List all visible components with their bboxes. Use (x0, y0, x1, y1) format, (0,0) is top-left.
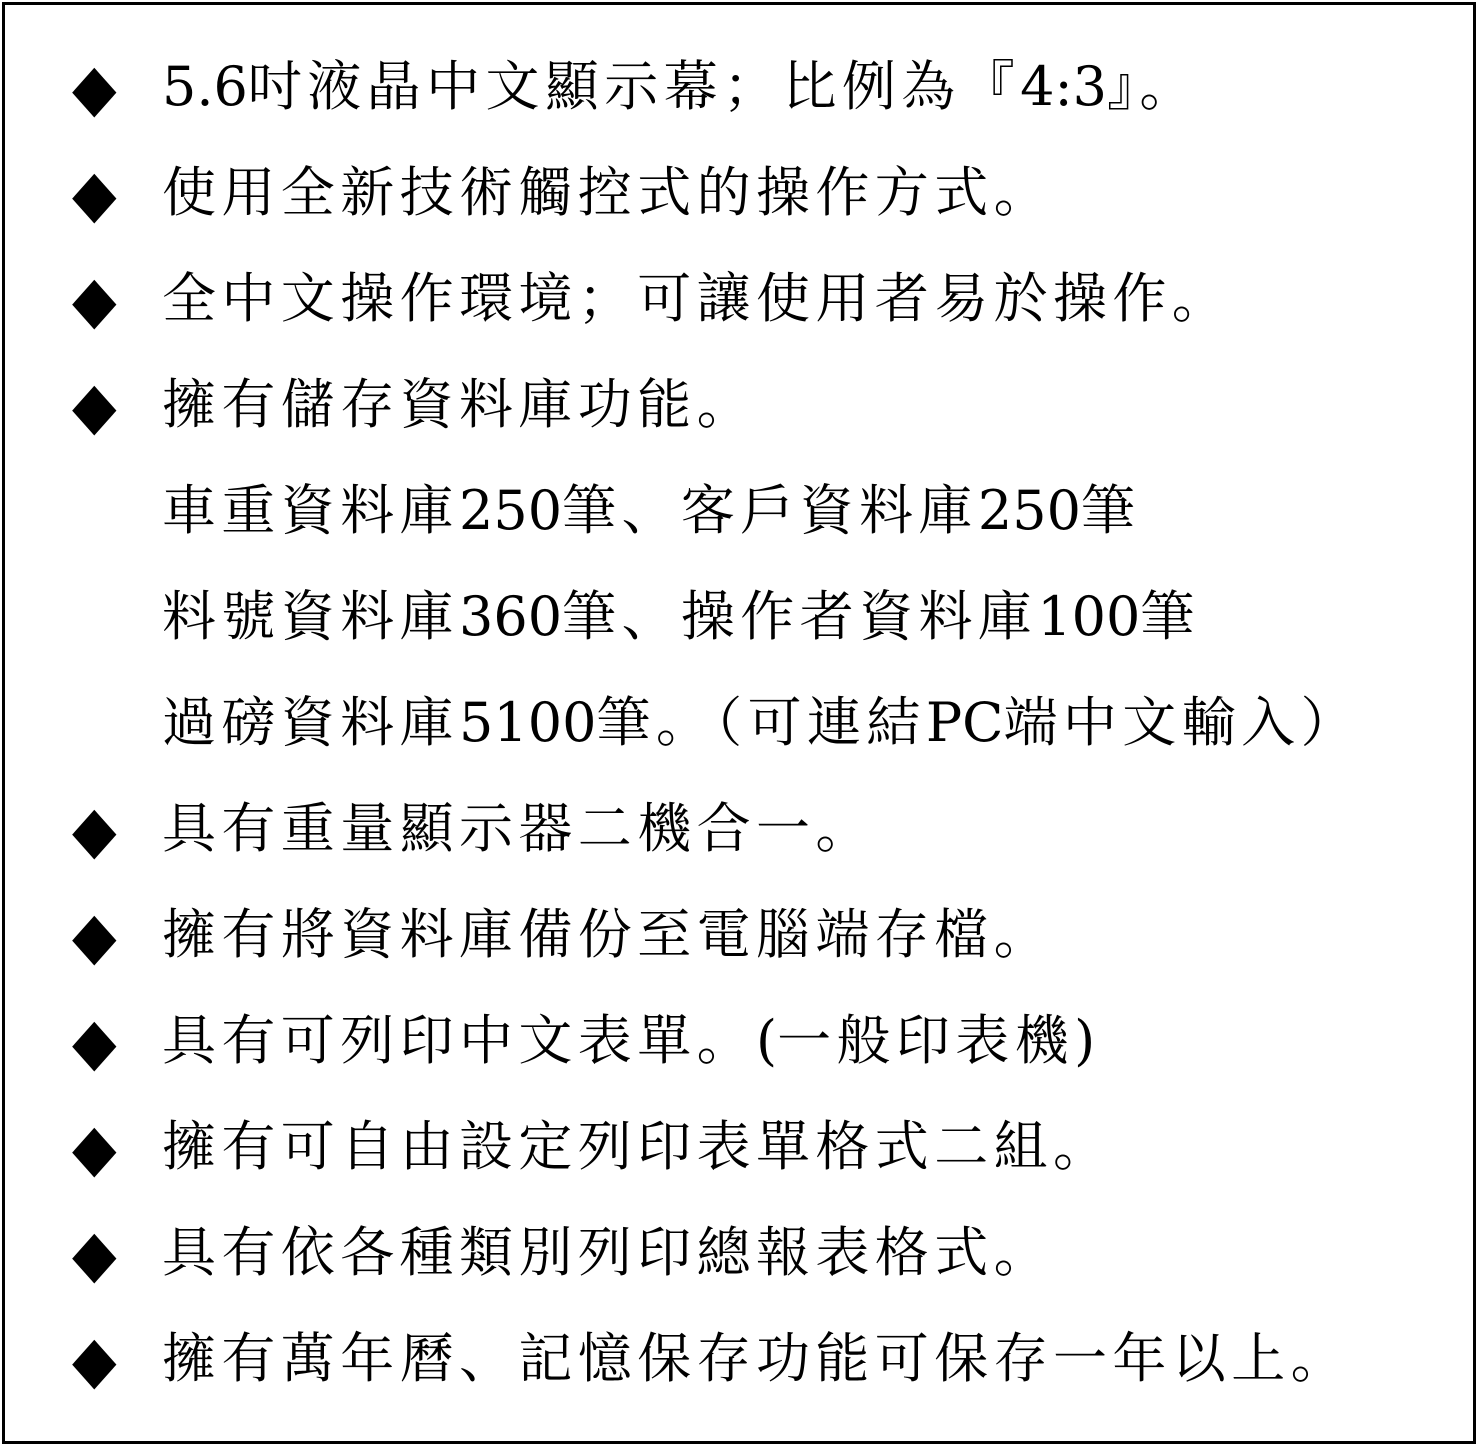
feature-item: ◆具有重量顯示器二機合一。 (72, 776, 1449, 882)
feature-item: 過磅資料庫5100筆。（可連結PC端中文輸入） (72, 670, 1449, 776)
latin-run: 5.6 (162, 55, 248, 118)
diamond-bullet-icon: ◆ (72, 164, 162, 222)
feature-text: 具有依各種類別列印總報表格式。 (162, 1226, 1053, 1280)
diamond-glyph: ◆ (72, 267, 117, 332)
diamond-bullet-icon: ◆ (72, 376, 162, 434)
latin-run: ) (1074, 1009, 1095, 1072)
feature-item: ◆擁有可自由設定列印表單格式二組。 (72, 1094, 1449, 1200)
diamond-bullet-icon: ◆ (72, 1118, 162, 1176)
diamond-bullet-icon: ◆ (72, 1012, 162, 1070)
diamond-bullet-icon: ◆ (72, 800, 162, 858)
diamond-bullet-icon: ◆ (72, 58, 162, 116)
diamond-bullet-icon: ◆ (72, 906, 162, 964)
latin-run: PC (926, 691, 1004, 754)
feature-text: 5.6吋液晶中文顯示幕；比例為『4:3』。 (162, 60, 1199, 114)
spec-sheet: ◆5.6吋液晶中文顯示幕；比例為『4:3』。◆使用全新技術觸控式的操作方式。◆全… (0, 0, 1479, 1448)
latin-run: 250 (978, 479, 1081, 542)
feature-text: 使用全新技術觸控式的操作方式。 (162, 166, 1053, 220)
diamond-glyph: ◆ (72, 1115, 117, 1180)
feature-text: 擁有可自由設定列印表單格式二組。 (162, 1120, 1112, 1174)
feature-text: 全中文操作環境；可讓使用者易於操作。 (162, 272, 1231, 326)
diamond-glyph: ◆ (72, 797, 117, 862)
feature-text: 料號資料庫360筆、操作者資料庫100筆 (162, 590, 1200, 644)
feature-text: 擁有將資料庫備份至電腦端存檔。 (162, 908, 1053, 962)
diamond-glyph: ◆ (72, 373, 117, 438)
feature-text: 擁有萬年曆、記憶保存功能可保存一年以上。 (162, 1332, 1350, 1386)
diamond-glyph: ◆ (72, 55, 117, 120)
feature-text: 擁有儲存資料庫功能。 (162, 378, 756, 432)
latin-run: ( (756, 1009, 777, 1072)
feature-item: ◆擁有儲存資料庫功能。 (72, 352, 1449, 458)
feature-list: ◆5.6吋液晶中文顯示幕；比例為『4:3』。◆使用全新技術觸控式的操作方式。◆全… (72, 34, 1449, 1412)
latin-run: 100 (1037, 585, 1140, 648)
diamond-bullet-icon: ◆ (72, 1330, 162, 1388)
feature-item: ◆5.6吋液晶中文顯示幕；比例為『4:3』。 (72, 34, 1449, 140)
feature-text: 車重資料庫250筆、客戶資料庫250筆 (162, 484, 1140, 538)
diamond-bullet-icon: ◆ (72, 270, 162, 328)
feature-item: 料號資料庫360筆、操作者資料庫100筆 (72, 564, 1449, 670)
feature-item: ◆具有依各種類別列印總報表格式。 (72, 1200, 1449, 1306)
latin-run: 4:3 (1020, 55, 1107, 118)
diamond-glyph: ◆ (72, 1221, 117, 1286)
diamond-glyph: ◆ (72, 1327, 117, 1392)
diamond-glyph: ◆ (72, 161, 117, 226)
feature-item: 車重資料庫250筆、客戶資料庫250筆 (72, 458, 1449, 564)
feature-item: ◆全中文操作環境；可讓使用者易於操作。 (72, 246, 1449, 352)
diamond-bullet-icon: ◆ (72, 1224, 162, 1282)
latin-run: 360 (459, 585, 562, 648)
diamond-glyph: ◆ (72, 903, 117, 968)
latin-run: 5100 (459, 691, 596, 754)
feature-item: ◆使用全新技術觸控式的操作方式。 (72, 140, 1449, 246)
feature-text: 具有可列印中文表單。(一般印表機) (162, 1014, 1095, 1068)
feature-text: 過磅資料庫5100筆。（可連結PC端中文輸入） (162, 696, 1360, 750)
feature-item: ◆具有可列印中文表單。(一般印表機) (72, 988, 1449, 1094)
feature-item: ◆擁有萬年曆、記憶保存功能可保存一年以上。 (72, 1306, 1449, 1412)
feature-item: ◆擁有將資料庫備份至電腦端存檔。 (72, 882, 1449, 988)
feature-text: 具有重量顯示器二機合一。 (162, 802, 875, 856)
latin-run: 250 (459, 479, 562, 542)
diamond-glyph: ◆ (72, 1009, 117, 1074)
